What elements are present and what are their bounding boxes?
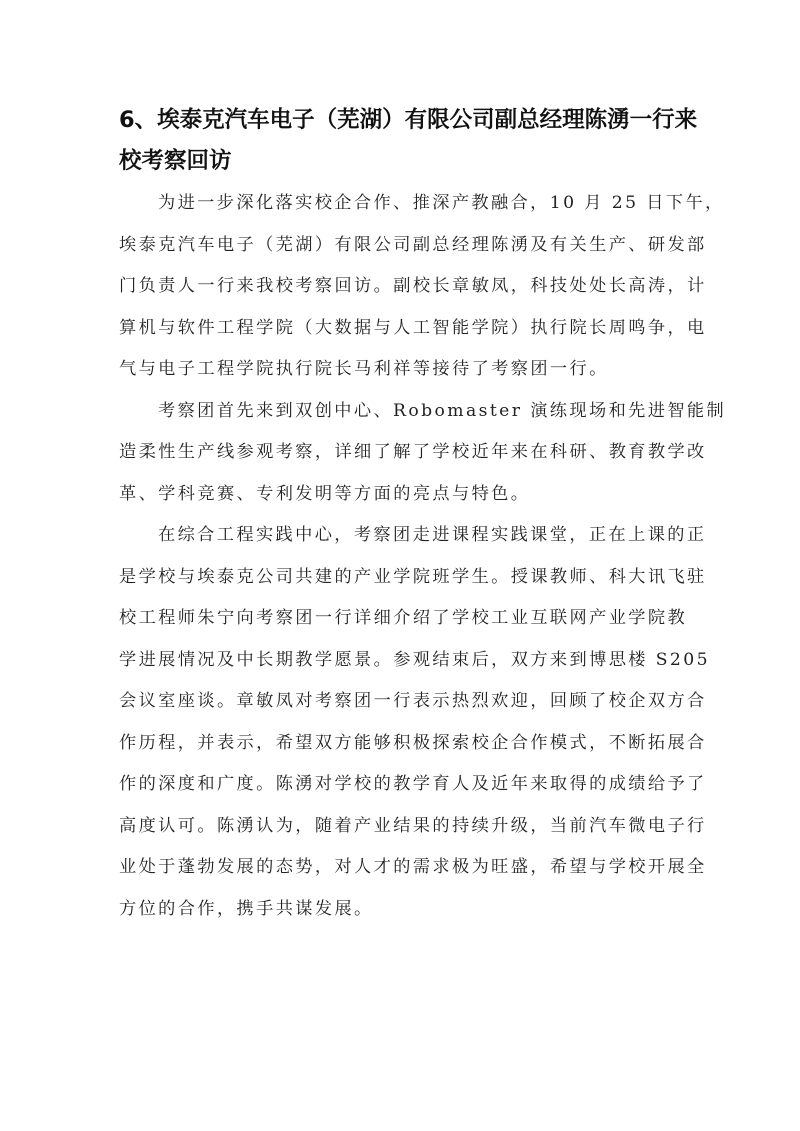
paragraph-visit-intro: 为进一步深化落实校企合作、推深产教融合，10 月 25 日下午， 埃泰克汽车电子… bbox=[119, 183, 681, 391]
text-line: 门负责人一行来我校考察回访。副校长章敏凤，科技处处长高涛，计 bbox=[119, 266, 681, 308]
text-line: 校工程师朱宁向考察团一行详细介绍了学校工业互联网产业学院教 bbox=[119, 598, 681, 640]
text-line: 作的深度和广度。陈湧对学校的教学育人及近年来取得的成绩给予了 bbox=[119, 764, 681, 806]
text-line: 造柔性生产线参观考察，详细了解了学校近年来在科研、教育教学改 bbox=[119, 432, 681, 474]
article-body: 为进一步深化落实校企合作、推深产教融合，10 月 25 日下午， 埃泰克汽车电子… bbox=[119, 183, 681, 930]
text-line: 为进一步深化落实校企合作、推深产教融合，10 月 25 日下午， bbox=[119, 183, 681, 225]
text-line: 方位的合作，携手共谋发展。 bbox=[119, 889, 681, 931]
text-line: 革、学科竞赛、专利发明等方面的亮点与特色。 bbox=[119, 474, 681, 516]
paragraph-meeting: 在综合工程实践中心，考察团走进课程实践课堂，正在上课的正 是学校与埃泰克公司共建… bbox=[119, 515, 681, 930]
text-line: 是学校与埃泰克公司共建的产业学院班学生。授课教师、科大讯飞驻 bbox=[119, 557, 681, 599]
text-line: 埃泰克汽车电子（芜湖）有限公司副总经理陈湧及有关生产、研发部 bbox=[119, 225, 681, 267]
title-line: 校考察回访 bbox=[119, 141, 681, 182]
text-line: 业处于蓬勃发展的态势，对人才的需求极为旺盛，希望与学校开展全 bbox=[119, 847, 681, 889]
paragraph-tour: 考察团首先来到双创中心、Robomaster 演练现场和先进智能制 造柔性生产线… bbox=[119, 391, 681, 516]
text-line: 作历程，并表示，希望双方能够积极探索校企合作模式，不断拓展合 bbox=[119, 723, 681, 765]
text-line: 气与电子工程学院执行院长马利祥等接待了考察团一行。 bbox=[119, 349, 681, 391]
text-line: 会议室座谈。章敏凤对考察团一行表示热烈欢迎，回顾了校企双方合 bbox=[119, 681, 681, 723]
section-title: 6、埃泰克汽车电子（芜湖）有限公司副总经理陈湧一行来 校考察回访 bbox=[119, 100, 681, 182]
text-line: 学进展情况及中长期教学愿景。参观结束后，双方来到博思楼 S205 bbox=[119, 640, 681, 682]
title-line: 6、埃泰克汽车电子（芜湖）有限公司副总经理陈湧一行来 bbox=[119, 100, 681, 141]
text-line: 在综合工程实践中心，考察团走进课程实践课堂，正在上课的正 bbox=[119, 515, 681, 557]
document-page: 6、埃泰克汽车电子（芜湖）有限公司副总经理陈湧一行来 校考察回访 为进一步深化落… bbox=[119, 100, 681, 930]
text-line: 高度认可。陈湧认为，随着产业结果的持续升级，当前汽车微电子行 bbox=[119, 806, 681, 848]
text-line: 算机与软件工程学院（大数据与人工智能学院）执行院长周鸣争，电 bbox=[119, 308, 681, 350]
text-line: 考察团首先来到双创中心、Robomaster 演练现场和先进智能制 bbox=[119, 391, 681, 433]
